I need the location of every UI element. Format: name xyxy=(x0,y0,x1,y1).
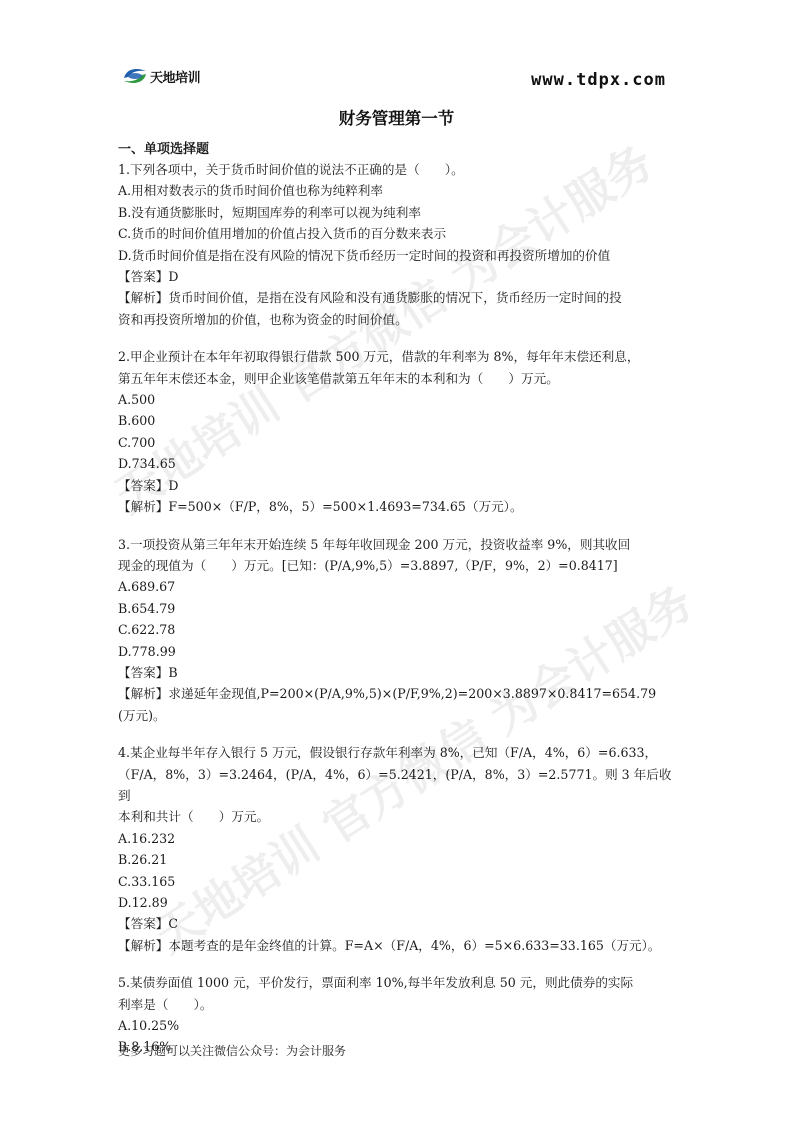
option-a: A.16.232 xyxy=(118,828,678,849)
section-title: 一、单项选择题 xyxy=(118,140,678,159)
answer: 【答案】D xyxy=(118,475,678,496)
answer: 【答案】C xyxy=(118,913,678,934)
question-stem: 2.甲企业预计在本年年初取得银行借款 500 万元，借款的年利率为 8%，每年年… xyxy=(118,346,678,367)
option-b: B.26.21 xyxy=(118,849,678,870)
question-stem: 3.一项投资从第三年年末开始连续 5 年每年收回现金 200 万元，投资收益率 … xyxy=(118,534,678,555)
analysis-text: F=500×（F/P，8%，5）=500×1.4693=734.65（万元）。 xyxy=(168,499,522,514)
analysis: 【解析】货币时间价值，是指在没有风险和没有通货膨胀的情况下，货币经历一定时间的投 xyxy=(118,287,678,308)
analysis: 【解析】本题考查的是年金终值的计算。F=A×（F/A，4%，6）=5×6.633… xyxy=(118,935,678,956)
option-d: D.778.99 xyxy=(118,641,678,662)
document-title: 财务管理第一节 xyxy=(0,105,793,129)
question-3: 3.一项投资从第三年年末开始连续 5 年每年收回现金 200 万元，投资收益率 … xyxy=(118,534,678,727)
option-d: D.12.89 xyxy=(118,892,678,913)
logo-text: 天地培训 xyxy=(150,67,200,86)
option-b: B.没有通货膨胀时，短期国库券的利率可以视为纯利率 xyxy=(118,202,678,223)
analysis-label: 【解析】 xyxy=(118,499,168,514)
question-stem-cont: 现金的现值为（ ）万元。[已知：(P/A,9%,5）=3.8897,（P/F，9… xyxy=(118,555,678,576)
option-c: C.货币的时间价值用增加的价值占投入货币的百分数来表示 xyxy=(118,223,678,244)
option-c: C.622.78 xyxy=(118,619,678,640)
option-a: A.500 xyxy=(118,389,678,410)
analysis-text: 货币时间价值，是指在没有风险和没有通货膨胀的情况下，货币经历一定时间的投 xyxy=(168,290,621,305)
footer-note: 更多习题可以关注微信公众号：为会计服务 xyxy=(118,1042,346,1059)
answer-label: 【答案】 xyxy=(118,916,168,931)
analysis: 【解析】F=500×（F/P，8%，5）=500×1.4693=734.65（万… xyxy=(118,496,678,517)
page-header: 天地培训 www.tdpx.com xyxy=(118,62,666,98)
analysis-cont: 资和再投资所增加的价值，也称为资金的时间价值。 xyxy=(118,309,678,330)
option-c: C.33.165 xyxy=(118,871,678,892)
answer-value: D xyxy=(168,269,178,284)
option-b: B.654.79 xyxy=(118,598,678,619)
option-b: B.600 xyxy=(118,410,678,431)
question-2: 2.甲企业预计在本年年初取得银行借款 500 万元，借款的年利率为 8%，每年年… xyxy=(118,346,678,517)
brand-logo: 天地培训 xyxy=(122,66,200,86)
question-stem-cont: 本利和共计（ ）万元。 xyxy=(118,806,678,827)
answer-value: D xyxy=(168,478,178,493)
answer: 【答案】D xyxy=(118,266,678,287)
question-4: 4.某企业每半年存入银行 5 万元，假设银行存款年利率为 8%，已知（F/A，4… xyxy=(118,742,678,956)
option-d: D.734.65 xyxy=(118,453,678,474)
site-url: www.tdpx.com xyxy=(531,70,666,90)
logo-swirl-icon xyxy=(122,66,148,86)
answer-value: C xyxy=(168,916,178,931)
option-a: A.用相对数表示的货币时间价值也称为纯粹利率 xyxy=(118,180,678,201)
question-stem-cont: 利率是（ ）。 xyxy=(118,994,678,1015)
answer-label: 【答案】 xyxy=(118,478,168,493)
option-d: D.货币时间价值是指在没有风险的情况下货币经历一定时间的投资和再投资所增加的价值 xyxy=(118,245,678,266)
option-a: A.689.67 xyxy=(118,576,678,597)
question-stem: 4.某企业每半年存入银行 5 万元，假设银行存款年利率为 8%，已知（F/A，4… xyxy=(118,742,678,763)
answer-value: B xyxy=(168,665,177,680)
document-body: 一、单项选择题 1.下列各项中，关于货币时间价值的说法不正确的是（ ）。 A.用… xyxy=(118,140,678,1074)
answer-label: 【答案】 xyxy=(118,665,168,680)
analysis-text: 求递延年金现值,P=200×(P/A,9%,5)×(P/F,9%,2)=200×… xyxy=(168,686,656,701)
analysis-label: 【解析】 xyxy=(118,938,168,953)
answer-label: 【答案】 xyxy=(118,269,168,284)
analysis-label: 【解析】 xyxy=(118,290,168,305)
analysis-text: 本题考查的是年金终值的计算。F=A×（F/A，4%，6）=5×6.633=33.… xyxy=(168,938,660,953)
answer: 【答案】B xyxy=(118,662,678,683)
option-c: C.700 xyxy=(118,432,678,453)
question-stem: 1.下列各项中，关于货币时间价值的说法不正确的是（ ）。 xyxy=(118,159,678,180)
question-stem-cont: 第五年年末偿还本金，则甲企业该笔借款第五年年末的本利和为（ ）万元。 xyxy=(118,368,678,389)
question-stem: 5.某债券面值 1000 元，平价发行，票面利率 10%,每半年发放利息 50 … xyxy=(118,972,678,993)
analysis: 【解析】求递延年金现值,P=200×(P/A,9%,5)×(P/F,9%,2)=… xyxy=(118,683,678,704)
analysis-label: 【解析】 xyxy=(118,686,168,701)
option-a: A.10.25% xyxy=(118,1015,678,1036)
analysis-cont: (万元)。 xyxy=(118,705,678,726)
question-stem-cont: （F/A，8%，3）=3.2464，(P/A，4%，6）=5.2421，(P/A… xyxy=(118,764,678,807)
question-1: 1.下列各项中，关于货币时间价值的说法不正确的是（ ）。 A.用相对数表示的货币… xyxy=(118,159,678,330)
